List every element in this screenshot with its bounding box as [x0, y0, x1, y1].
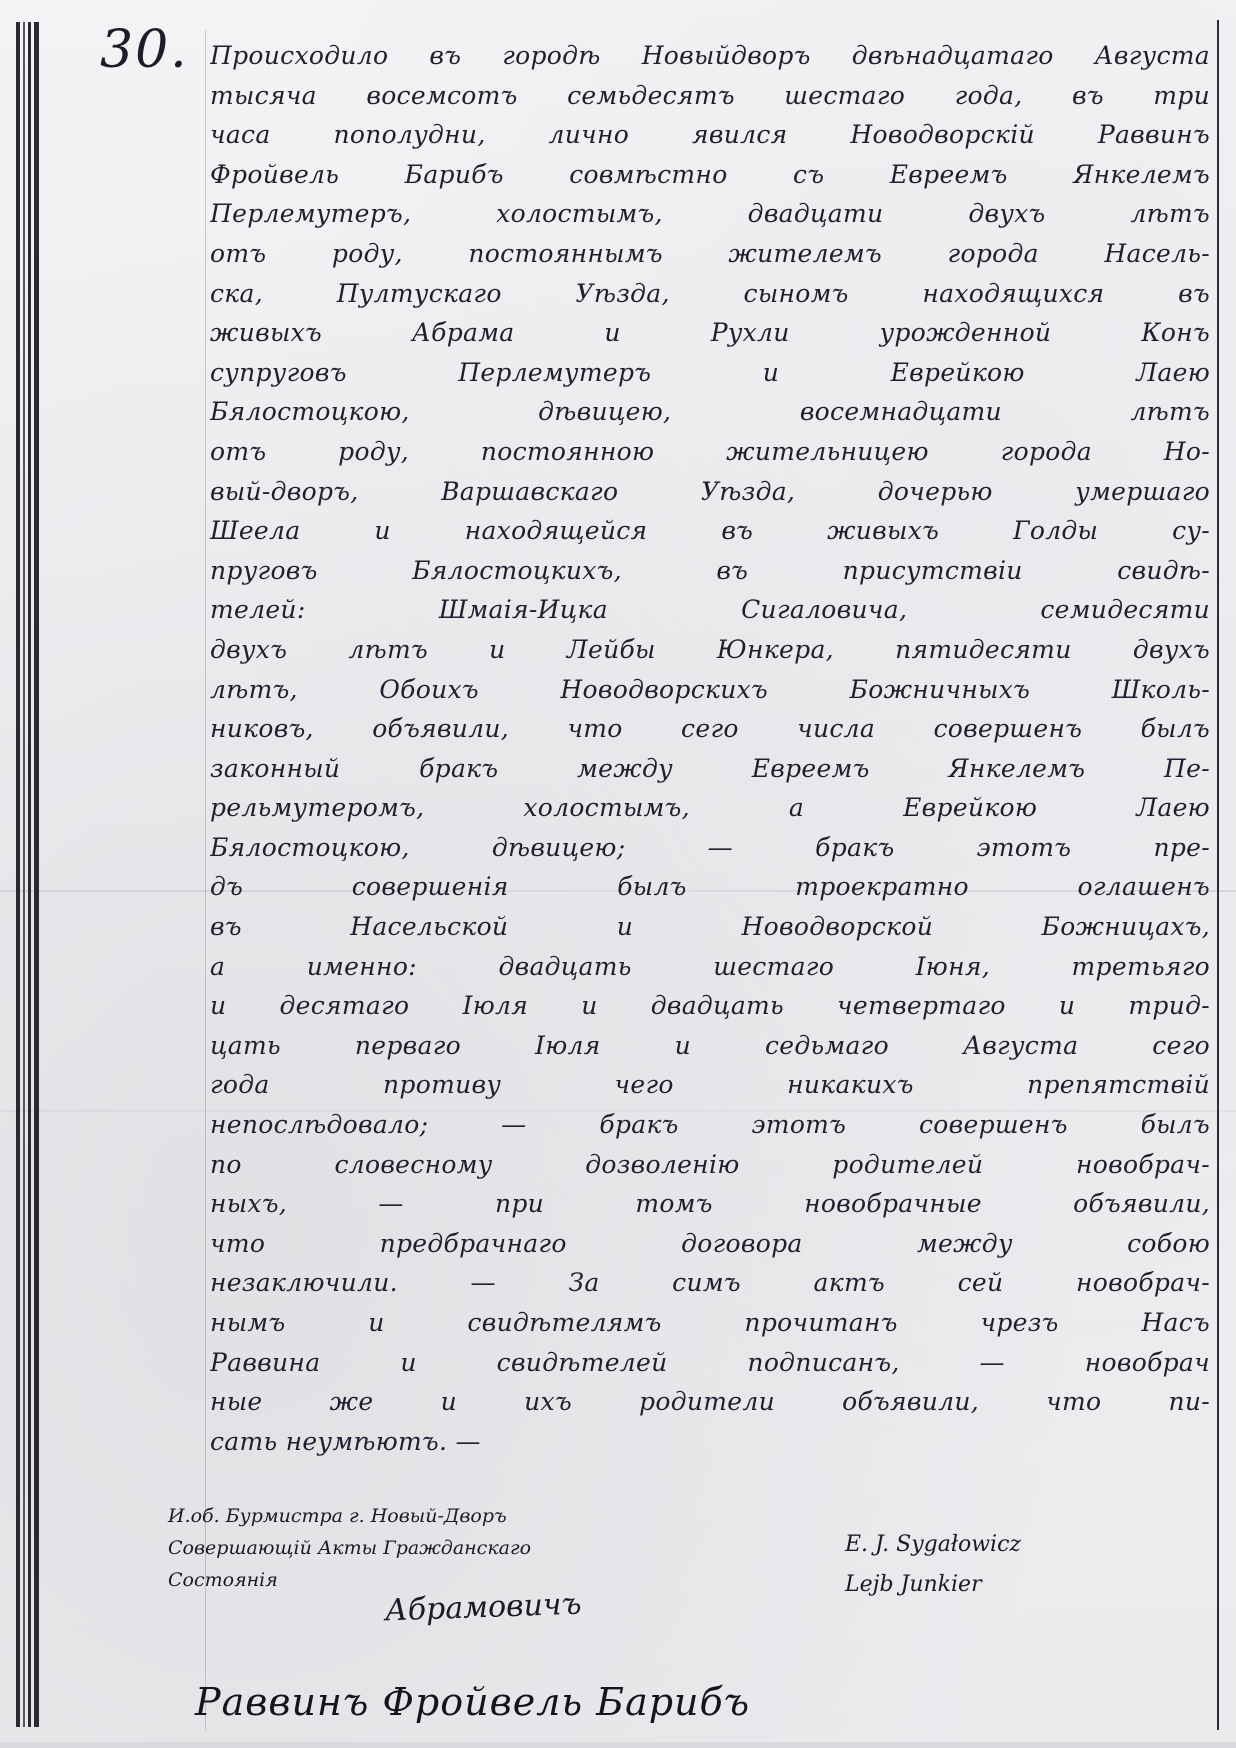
text-line: дъ совершенія былъ троекратно оглашенъ	[210, 867, 1210, 907]
text-line: года противу чего никакихъ препятствій	[210, 1065, 1210, 1105]
witness-signature: Lejb Junkier	[845, 1565, 1021, 1605]
text-line: Происходило въ городѣ Новыйдворъ двѣнадц…	[210, 36, 1210, 76]
text-line: въ Насельской и Новодворской Божницахъ,	[210, 907, 1210, 947]
page-bottom-edge	[0, 1742, 1236, 1748]
official-title-block: И.об. Бурмистра г. Новый-Дворъ Совершающ…	[168, 1500, 728, 1596]
text-line: пруговъ Бялостоцкихъ, въ присутствіи сви…	[210, 551, 1210, 591]
text-line: тысяча восемсотъ семьдесятъ шестаго года…	[210, 76, 1210, 116]
official-title-line: Совершающій Акты Гражданскаго	[168, 1532, 728, 1564]
text-line: телей: Шмаія-Ицка Сигаловича, семидесяти	[210, 590, 1210, 630]
text-line: двухъ лѣтъ и Лейбы Юнкера, пятидесяти дв…	[210, 630, 1210, 670]
text-line: и десятаго Іюля и двадцать четвертаго и …	[210, 986, 1210, 1026]
text-line: незаключили. — За симъ актъ сей новобрач…	[210, 1263, 1210, 1303]
text-line: что предбрачнаго договора между собою	[210, 1224, 1210, 1264]
text-line: сать неумѣютъ. —	[210, 1422, 1210, 1462]
text-line: супруговъ Перлемутеръ и Еврейкою Лаею	[210, 353, 1210, 393]
left-margin-ruling	[16, 22, 42, 1727]
text-line: отъ роду, постоянною жительницею города …	[210, 432, 1210, 472]
text-line: Шеела и находящейся въ живыхъ Голды су-	[210, 511, 1210, 551]
official-signature: Абрамовичъ	[384, 1587, 582, 1629]
text-margin-line	[205, 30, 206, 1730]
witness-signature: E. J. Sygałowicz	[845, 1525, 1021, 1565]
text-line: рельмутеромъ, холостымъ, а Еврейкою Лаею	[210, 788, 1210, 828]
text-line: живыхъ Абрама и Рухли урожденной Конъ	[210, 313, 1210, 353]
right-margin-ruling	[1217, 20, 1219, 1730]
text-line: вый-дворъ, Варшавскаго Уѣзда, дочерью ум…	[210, 472, 1210, 512]
text-line: отъ роду, постояннымъ жителемъ города На…	[210, 234, 1210, 274]
text-line: законный бракъ между Евреемъ Янкелемъ Пе…	[210, 749, 1210, 789]
text-line: а именно: двадцать шестаго Іюня, третьяг…	[210, 947, 1210, 987]
text-line: Бялостоцкою, дѣвицею, восемнадцати лѣтъ	[210, 392, 1210, 432]
text-line: лѣтъ, Обоихъ Новодворскихъ Божничныхъ Шк…	[210, 670, 1210, 710]
text-line: ныхъ, — при томъ новобрачные объявили,	[210, 1184, 1210, 1224]
witness-signatures: E. J. Sygałowicz Lejb Junkier	[845, 1525, 1021, 1605]
text-line: ска, Пултускаго Уѣзда, сыномъ находящихс…	[210, 274, 1210, 314]
official-title-line: И.об. Бурмистра г. Новый-Дворъ	[168, 1500, 728, 1532]
text-line: непослѣдовало; — бракъ этотъ совершенъ б…	[210, 1105, 1210, 1145]
text-line: Фройвель Барибъ совмѣстно съ Евреемъ Янк…	[210, 155, 1210, 195]
text-line: нымъ и свидѣтелямъ прочитанъ чрезъ Насъ	[210, 1303, 1210, 1343]
document-page: 30. Происходило въ городѣ Новыйдворъ двѣ…	[0, 0, 1236, 1748]
text-line: Перлемутеръ, холостымъ, двадцати двухъ л…	[210, 194, 1210, 234]
text-line: по словесному дозволенію родителей новоб…	[210, 1145, 1210, 1185]
text-line: никовъ, объявили, что сего числа соверше…	[210, 709, 1210, 749]
text-line: ные же и ихъ родители объявили, что пи-	[210, 1382, 1210, 1422]
record-body: Происходило въ городѣ Новыйдворъ двѣнадц…	[210, 36, 1210, 1461]
text-line: цать перваго Іюля и седьмаго Августа сег…	[210, 1026, 1210, 1066]
text-line: часа пополудни, лично явился Новодворскі…	[210, 115, 1210, 155]
rabbi-signature: Раввинъ Фройвель Барибъ	[195, 1680, 750, 1724]
text-line: Раввина и свидѣтелей подписанъ, — новобр…	[210, 1343, 1210, 1383]
text-line: Бялостоцкою, дѣвицею; — бракъ этотъ пре-	[210, 828, 1210, 868]
act-number: 30.	[100, 20, 189, 80]
